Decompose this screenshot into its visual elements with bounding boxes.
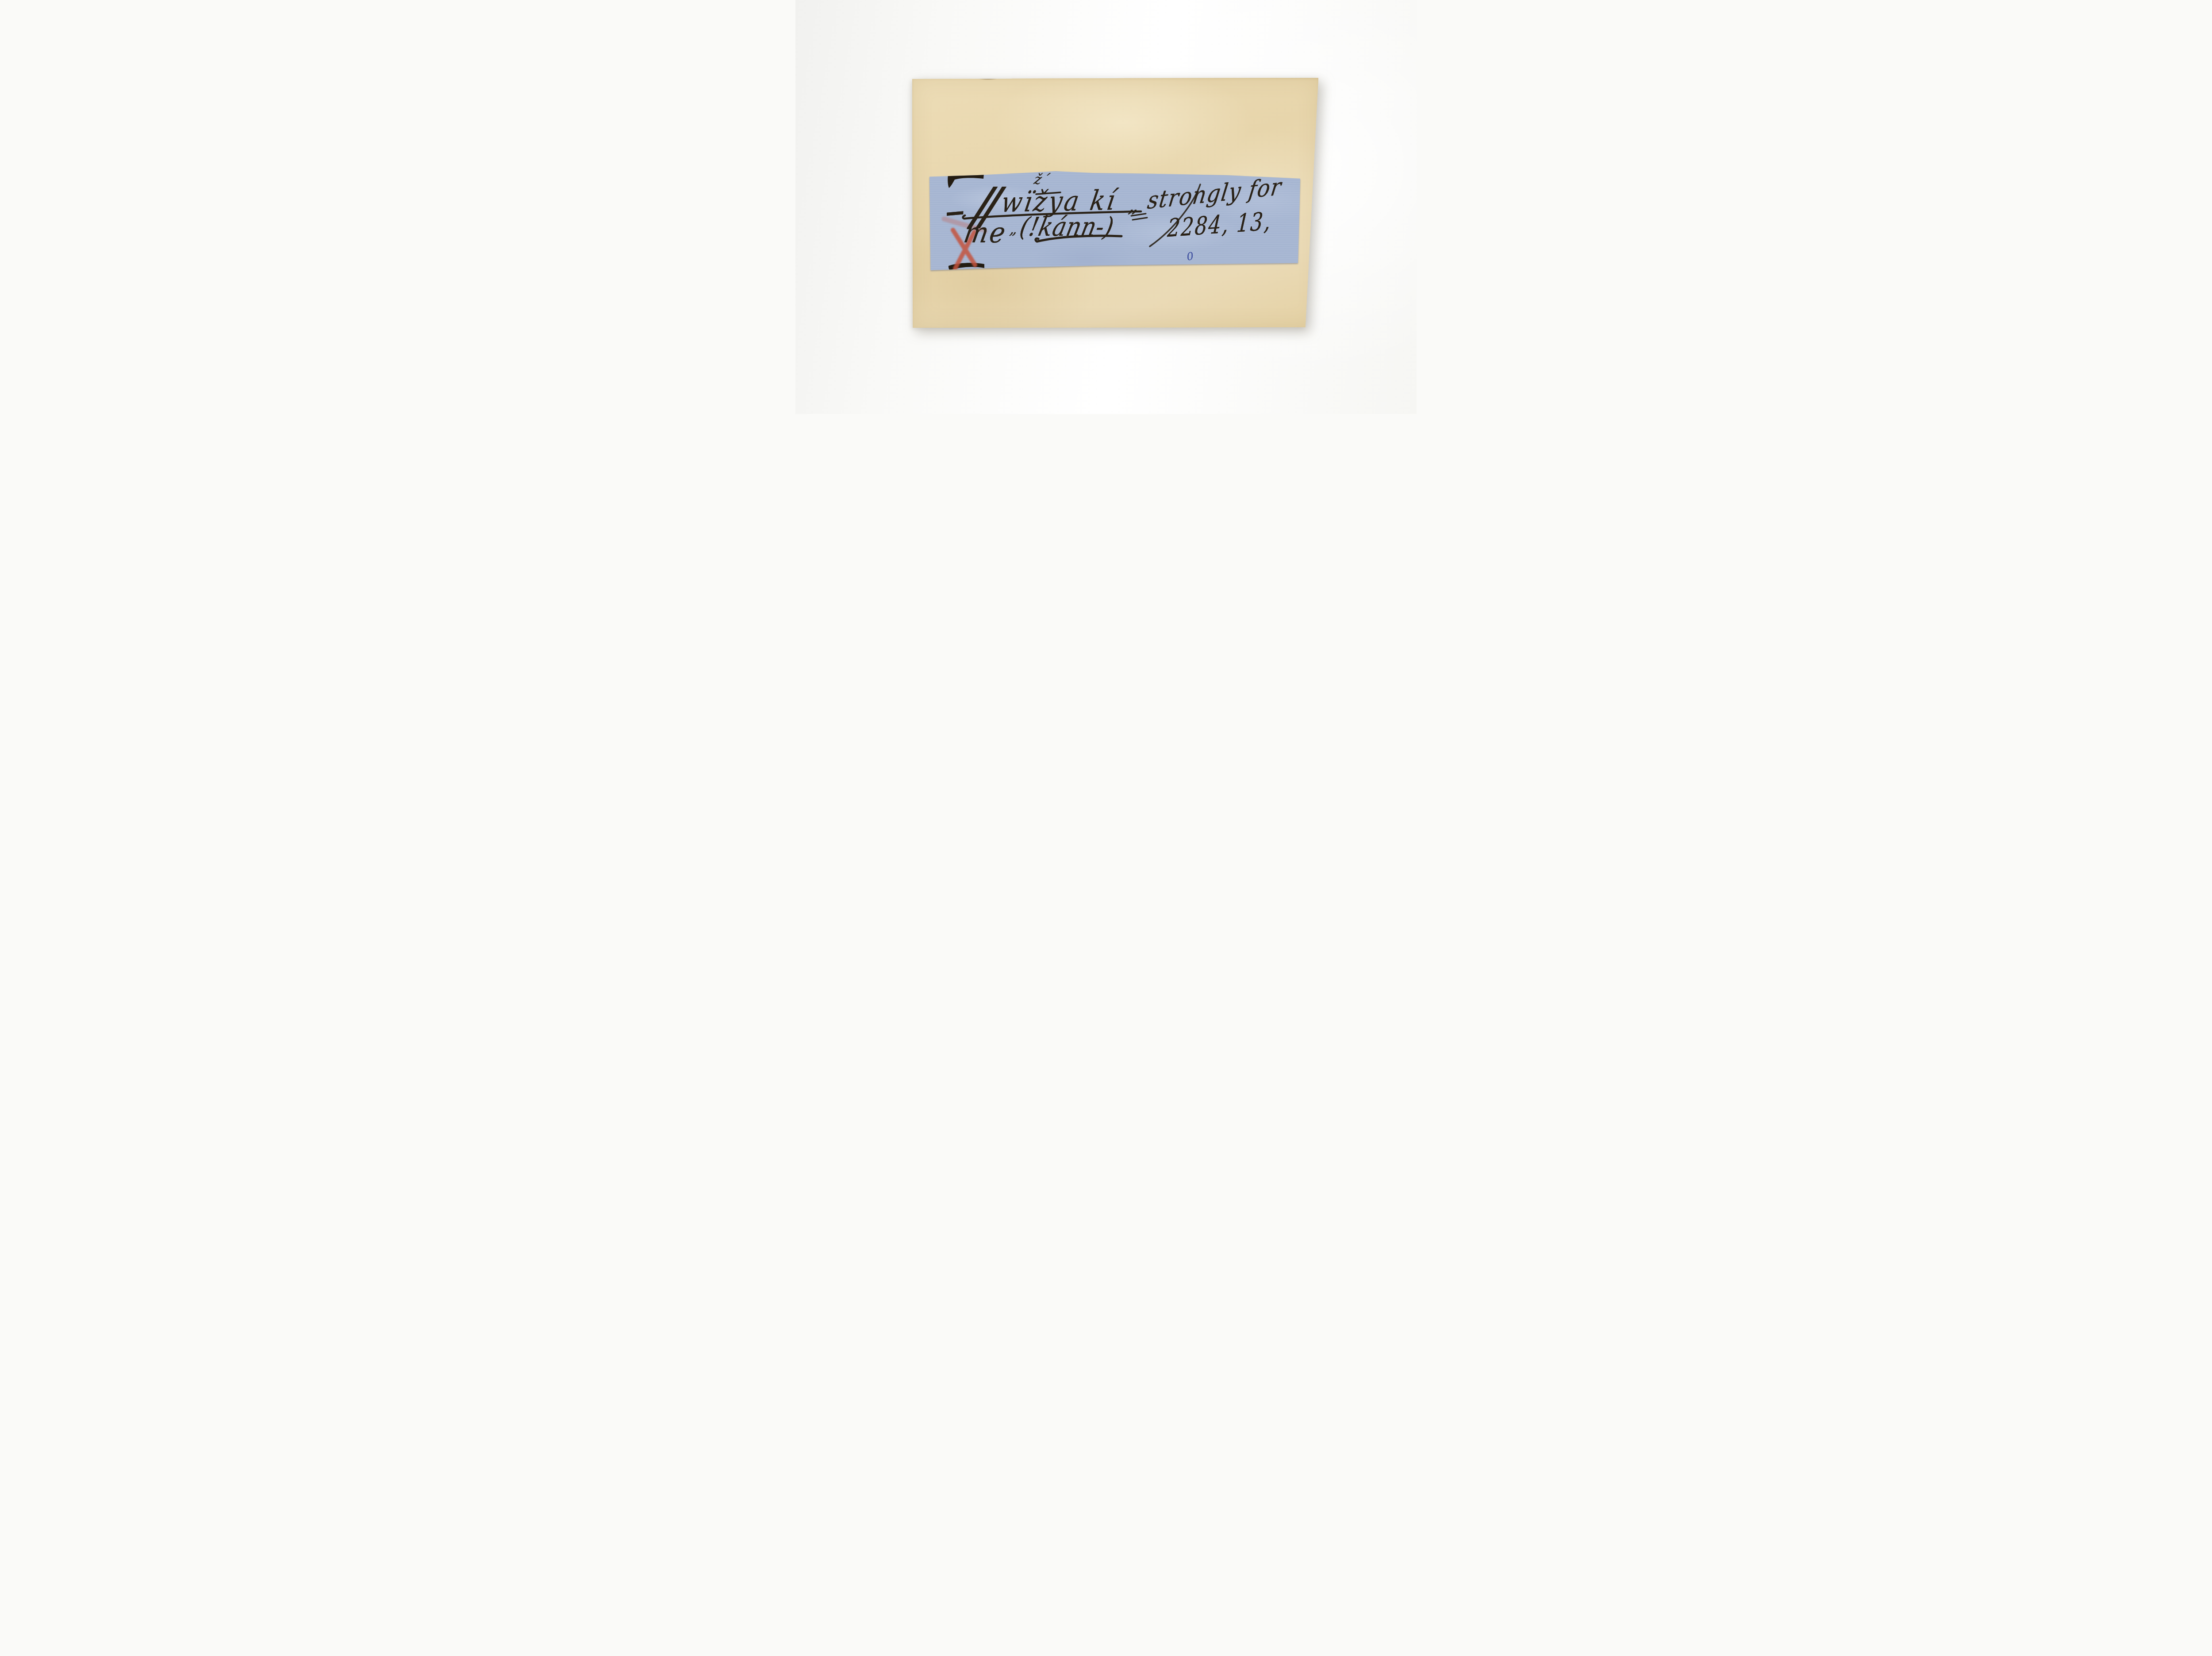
parenthetical-text: (!kánn-) xyxy=(1018,214,1116,240)
card-edge-nick xyxy=(978,78,998,80)
reference-number: 2284, 13, xyxy=(1167,209,1272,241)
blue-number-annotation: 0 xyxy=(1186,251,1195,262)
card-shadow-layer: — ǁ wïžya kí ž´ „ strongly for me „ (!ká… xyxy=(795,0,1417,414)
slip-shadow-layer: — ǁ wïžya kí ž´ „ strongly for me „ (!ká… xyxy=(929,171,1300,270)
superscript-insertion: ž´ xyxy=(1033,173,1051,187)
lead-dash-mark: — xyxy=(945,198,966,225)
gloss-text-line2: me xyxy=(962,219,1009,247)
blue-slip: — ǁ wïžya kí ž´ „ strongly for me „ (!ká… xyxy=(929,171,1300,270)
underline-quote-2 xyxy=(1133,218,1147,220)
note-card: — ǁ wïžya kí ž´ „ strongly for me „ (!ká… xyxy=(912,78,1318,328)
cut-stroke-top-left-icon xyxy=(948,172,984,188)
photo-background: — ǁ wïžya kí ž´ „ strongly for me „ (!ká… xyxy=(795,0,1417,414)
